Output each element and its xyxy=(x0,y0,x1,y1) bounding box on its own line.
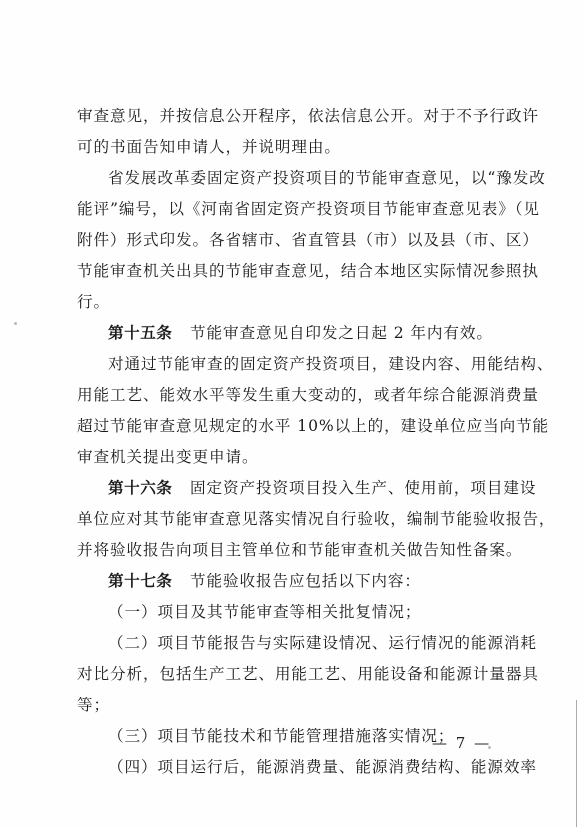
text-line: 超过节能审查意见规定的水平 10%以上的，建设单位应当向节能 xyxy=(77,411,505,442)
text-line: 审查机关提出变更申请。 xyxy=(77,442,505,473)
text-line: 等； xyxy=(77,690,505,721)
text-line: 对通过节能审查的固定资产投资项目，建设内容、用能结构、 xyxy=(77,349,505,380)
text-line: 审查意见，并按信息公开程序，依法信息公开。对于不予行政许 xyxy=(77,101,505,132)
text-line: 对比分析，包括生产工艺、用能工艺、用能设备和能源计量器具 xyxy=(77,659,505,690)
body-text: 审查意见，并按信息公开程序，依法信息公开。对于不予行政许 可的书面告知申请人，并… xyxy=(77,101,505,783)
list-item: （二）项目节能报告与实际建设情况、运行情况的能源消耗 xyxy=(77,628,505,659)
article-text: 固定资产投资项目投入生产、使用前，项目建设 xyxy=(190,479,536,497)
text-line: 可的书面告知申请人，并说明理由。 xyxy=(77,132,505,163)
article-label: 第十五条 xyxy=(108,324,172,342)
article-label: 第十七条 xyxy=(108,572,172,590)
list-item: （一）项目及其节能审查等相关批复情况； xyxy=(77,597,505,628)
article-text: 节能审查意见自印发之日起 2 年内有效。 xyxy=(190,324,493,342)
text-line: 并将验收报告向项目主管单位和节能审查机关做告知性备案。 xyxy=(77,535,505,566)
list-item: （四）项目运行后，能源消费量、能源消费结构、能源效率 xyxy=(77,752,505,783)
text-line: 单位应对其节能审查意见落实情况自行验收，编制节能验收报告， xyxy=(77,504,505,535)
text-line: 能评”编号，以《河南省固定资产投资项目节能审查意见表》（见 xyxy=(77,194,505,225)
document-page: 审查意见，并按信息公开程序，依法信息公开。对于不予行政许 可的书面告知申请人，并… xyxy=(0,0,585,827)
scan-speck xyxy=(14,322,17,325)
article-17: 第十七条 节能验收报告应包括以下内容： xyxy=(77,566,505,597)
text-line: 省发展改革委固定资产投资项目的节能审查意见，以“豫发改 xyxy=(77,163,505,194)
article-label: 第十六条 xyxy=(108,479,172,497)
text-line: 节能审查机关出具的节能审查意见，结合本地区实际情况参照执 xyxy=(77,256,505,287)
text-line: 用能工艺、能效水平等发生重大变动的，或者年综合能源消费量 xyxy=(77,380,505,411)
article-text: 节能验收报告应包括以下内容： xyxy=(190,572,421,590)
scan-edge-line xyxy=(576,700,577,827)
text-line: 附件）形式印发。各省辖市、省直管县（市）以及县（市、区） xyxy=(77,225,505,256)
text-line: 行。 xyxy=(77,287,505,318)
page-number: — 7 — xyxy=(432,734,491,752)
article-15: 第十五条 节能审查意见自印发之日起 2 年内有效。 xyxy=(77,318,505,349)
article-16: 第十六条 固定资产投资项目投入生产、使用前，项目建设 xyxy=(77,473,505,504)
